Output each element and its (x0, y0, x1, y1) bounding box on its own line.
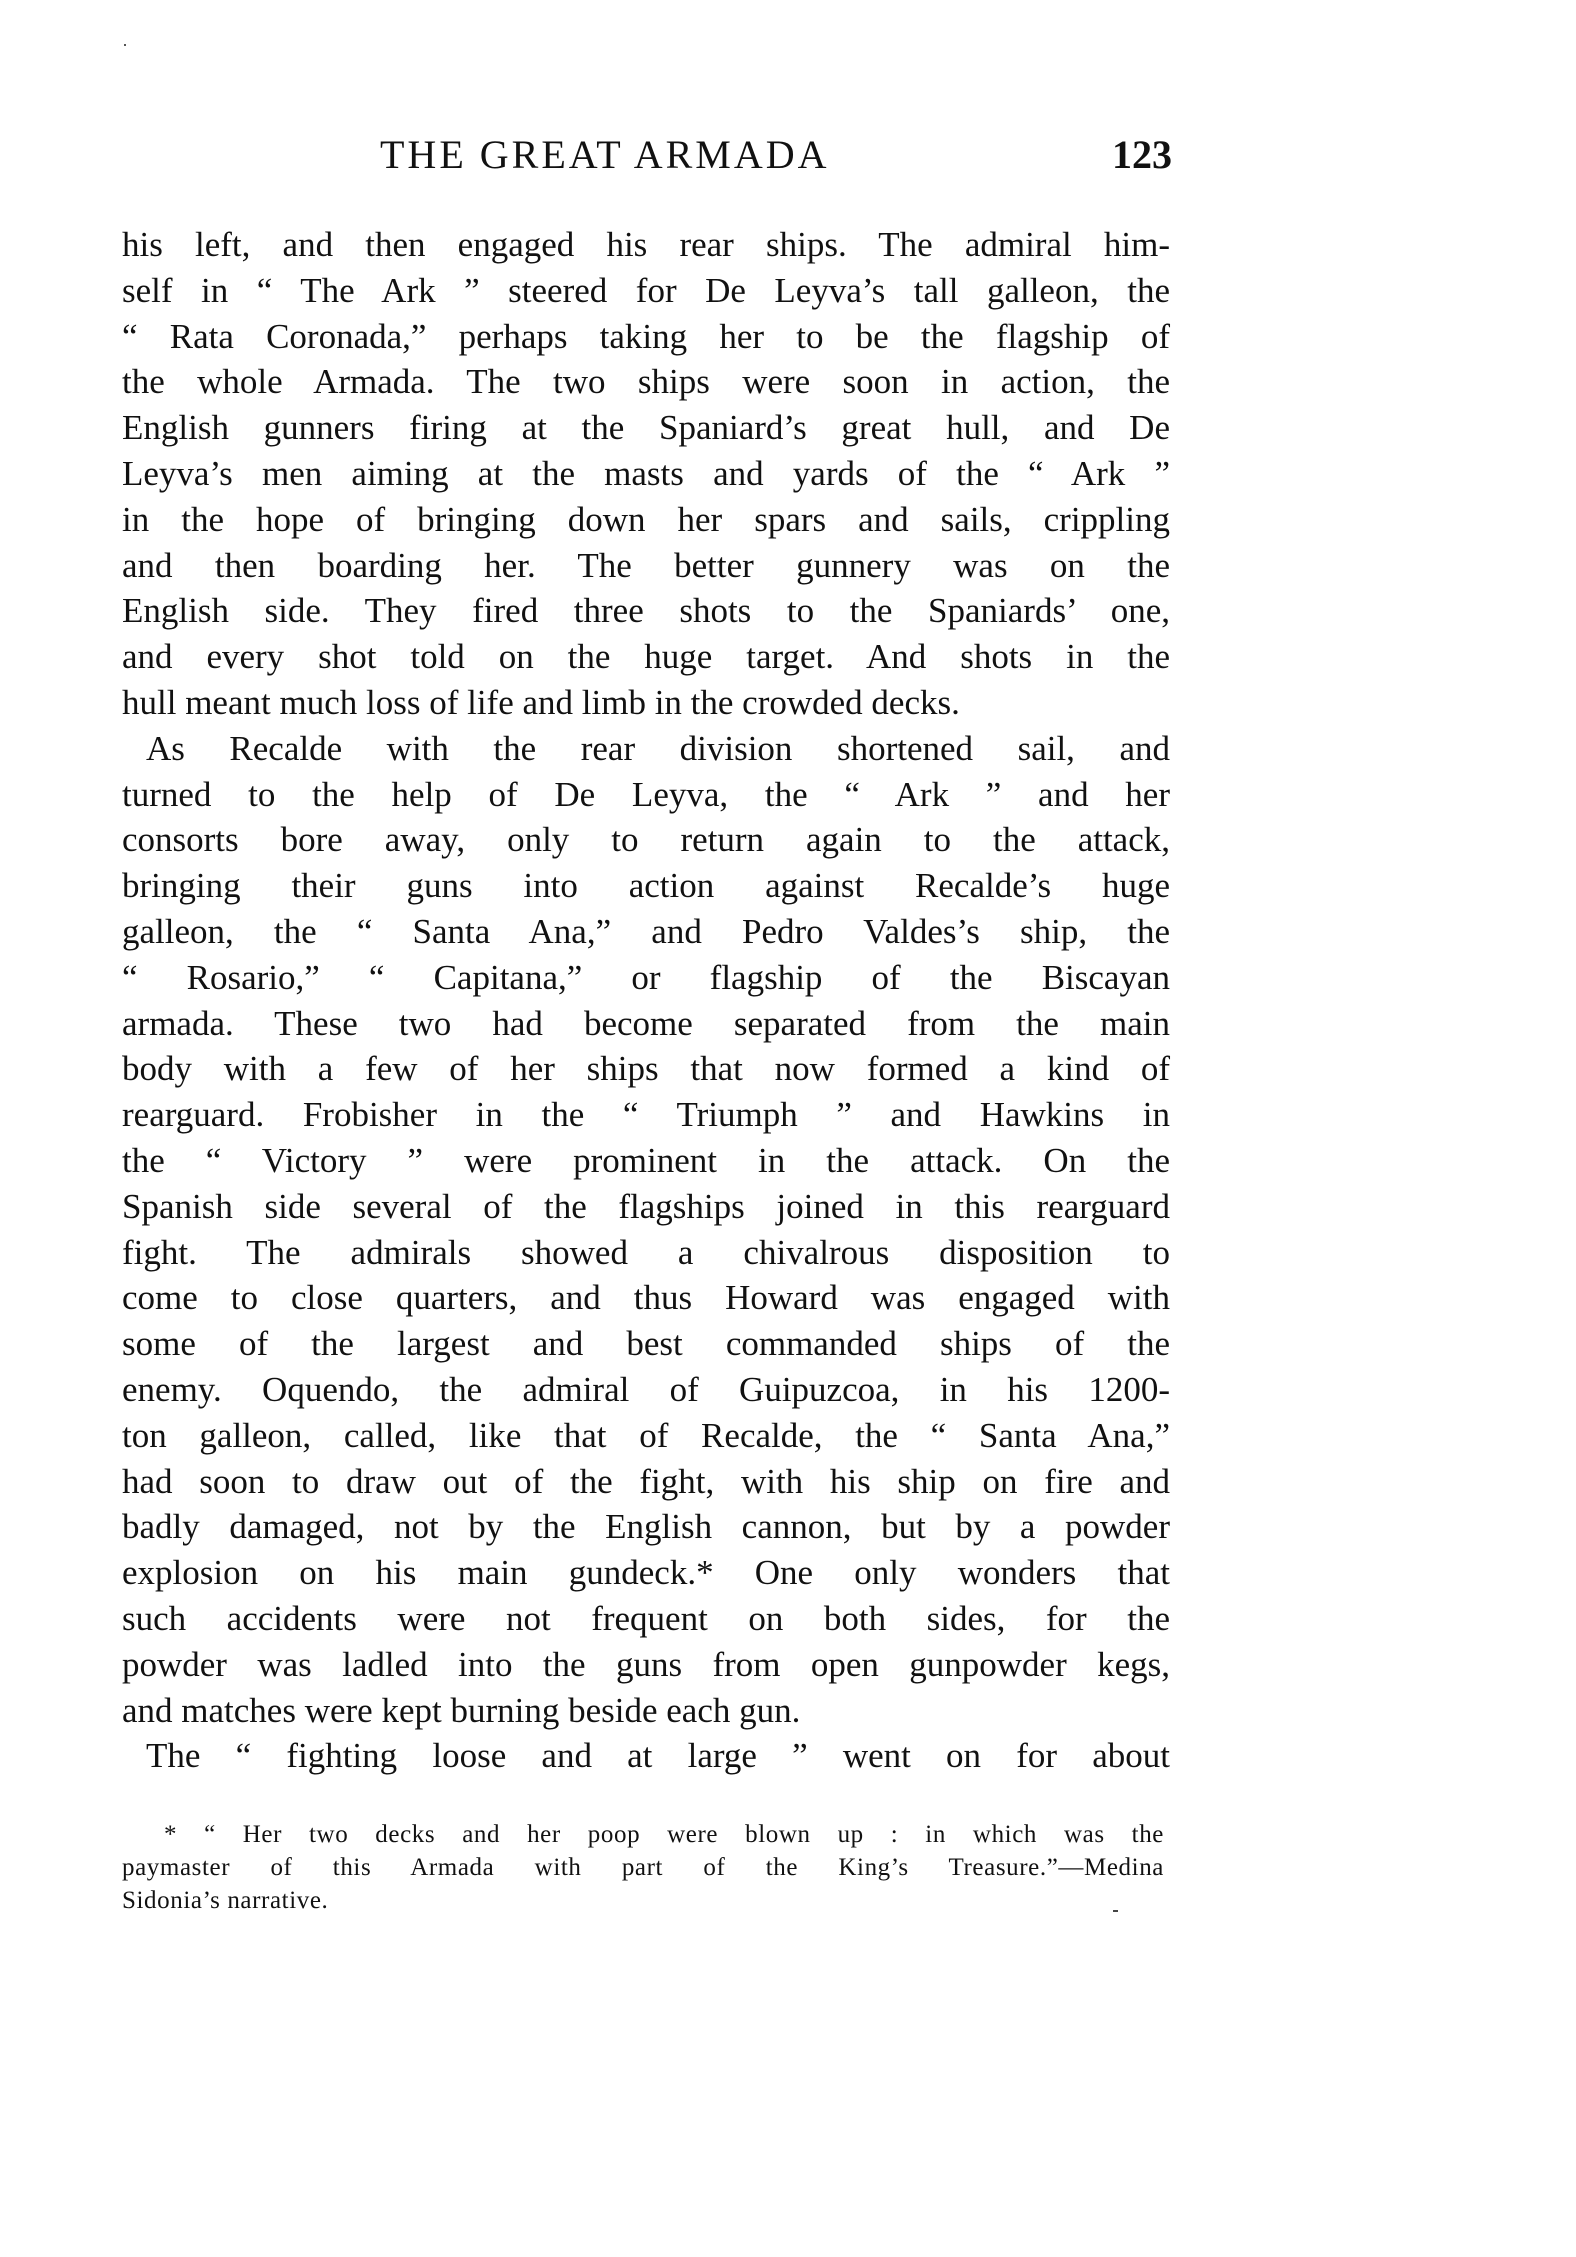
footnote-line: * “ Her two decks and her poop were blow… (122, 1818, 1164, 1851)
text-line: self in “ The Ark ” steered for De Leyva… (122, 268, 1170, 314)
text-line: Leyva’s men aiming at the masts and yard… (122, 451, 1170, 497)
text-line: the “ Victory ” were prominent in the at… (122, 1138, 1170, 1184)
text-line: had soon to draw out of the fight, with … (122, 1459, 1170, 1505)
text-line: his left, and then engaged his rear ship… (122, 222, 1170, 268)
text-line: some of the largest and best commanded s… (122, 1321, 1170, 1367)
text-line: and matches were kept burning beside eac… (122, 1688, 1170, 1734)
book-page: THE GREAT ARMADA 123 his left, and then … (0, 0, 1576, 2257)
footnote-line: Sidonia’s narrative. (122, 1884, 1164, 1917)
paragraph-start-line: As Recalde with the rear division shorte… (122, 726, 1170, 772)
text-line: badly damaged, not by the English cannon… (122, 1504, 1170, 1550)
text-line: bringing their guns into action against … (122, 863, 1170, 909)
text-line: consorts bore away, only to return again… (122, 817, 1170, 863)
text-line: Spanish side several of the flagships jo… (122, 1184, 1170, 1230)
scan-mark (1113, 1910, 1118, 1912)
text-line: enemy. Oquendo, the admiral of Guipuzcoa… (122, 1367, 1170, 1413)
text-line: “ Rata Coronada,” perhaps taking her to … (122, 314, 1170, 360)
text-line: powder was ladled into the guns from ope… (122, 1642, 1170, 1688)
text-line: turned to the help of De Leyva, the “ Ar… (122, 772, 1170, 818)
text-line: and then boarding her. The better gunner… (122, 543, 1170, 589)
text-line: galleon, the “ Santa Ana,” and Pedro Val… (122, 909, 1170, 955)
footnote: * “ Her two decks and her poop were blow… (122, 1818, 1164, 1917)
text-line: explosion on his main gundeck.* One only… (122, 1550, 1170, 1596)
text-line: rearguard. Frobisher in the “ Triumph ” … (122, 1092, 1170, 1138)
text-line: in the hope of bringing down her spars a… (122, 497, 1170, 543)
text-line: such accidents were not frequent on both… (122, 1596, 1170, 1642)
text-line: ton galleon, called, like that of Recald… (122, 1413, 1170, 1459)
page-number: 123 (1112, 131, 1172, 179)
text-line: body with a few of her ships that now fo… (122, 1046, 1170, 1092)
body-text: his left, and then engaged his rear ship… (122, 222, 1170, 1779)
running-head: THE GREAT ARMADA 123 (122, 131, 1172, 179)
scan-speck (124, 44, 126, 46)
text-line: hull meant much loss of life and limb in… (122, 680, 1170, 726)
text-line: armada. These two had become separated f… (122, 1001, 1170, 1047)
text-line: English side. They fired three shots to … (122, 588, 1170, 634)
text-line: fight. The admirals showed a chivalrous … (122, 1230, 1170, 1276)
running-title: THE GREAT ARMADA (380, 131, 904, 179)
footnote-line: paymaster of this Armada with part of th… (122, 1851, 1164, 1884)
text-line: come to close quarters, and thus Howard … (122, 1275, 1170, 1321)
text-line: and every shot told on the huge target. … (122, 634, 1170, 680)
text-line: the whole Armada. The two ships were soo… (122, 359, 1170, 405)
text-line: English gunners firing at the Spaniard’s… (122, 405, 1170, 451)
text-line: “ Rosario,” “ Capitana,” or flagship of … (122, 955, 1170, 1001)
paragraph-start-line: The “ fighting loose and at large ” went… (122, 1733, 1170, 1779)
